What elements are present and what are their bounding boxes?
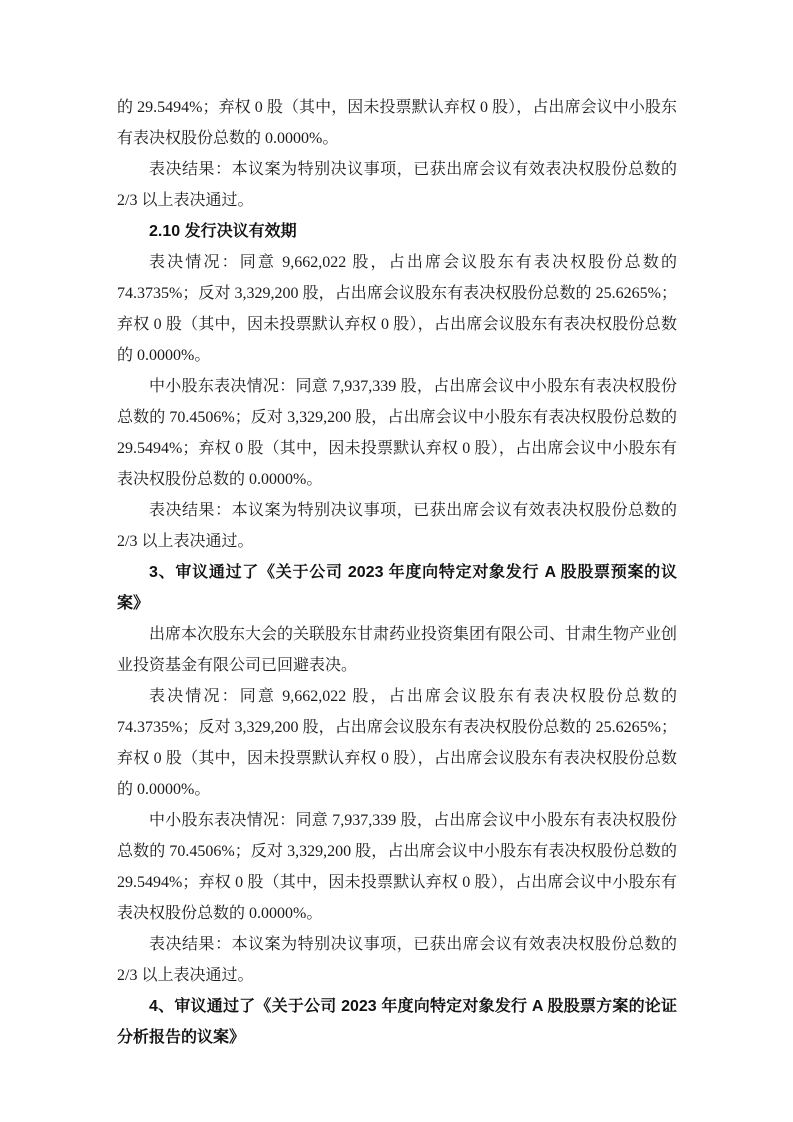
heading-item-3-proposal: 3、审议通过了《关于公司 2023 年度向特定对象发行 A 股股票预案的议案》	[117, 557, 677, 619]
vote-result-paragraph-3: 表决结果：本议案为特别决议事项，已获出席会议有效表决权股份总数的 2/3 以上表…	[117, 929, 677, 991]
vote-result-paragraph-2: 表决结果：本议案为特别决议事项，已获出席会议有效表决权股份总数的 2/3 以上表…	[117, 495, 677, 557]
page-content: 的 29.5494%；弃权 0 股（其中，因未投票默认弃权 0 股），占出席会议…	[117, 92, 677, 1053]
related-shareholder-abstain-paragraph: 出席本次股东大会的关联股东甘肃药业投资集团有限公司、甘肃生物产业创业投资基金有限…	[117, 619, 677, 681]
continued-paragraph-minority-vote: 的 29.5494%；弃权 0 股（其中，因未投票默认弃权 0 股），占出席会议…	[117, 92, 677, 154]
minority-vote-detail-paragraph-1: 中小股东表决情况：同意 7,937,339 股，占出席会议中小股东有表决权股份总…	[117, 371, 677, 495]
vote-detail-paragraph-1: 表决情况：同意 9,662,022 股，占出席会议股东有表决权股份总数的 74.…	[117, 247, 677, 371]
heading-item-4-proposal: 4、审议通过了《关于公司 2023 年度向特定对象发行 A 股股票方案的论证分析…	[117, 991, 677, 1053]
minority-vote-detail-paragraph-2: 中小股东表决情况：同意 7,937,339 股，占出席会议中小股东有表决权股份总…	[117, 805, 677, 929]
vote-detail-paragraph-2: 表决情况：同意 9,662,022 股，占出席会议股东有表决权股份总数的 74.…	[117, 681, 677, 805]
heading-2-10-resolution-validity: 2.10 发行决议有效期	[117, 216, 677, 247]
vote-result-paragraph-1: 表决结果：本议案为特别决议事项，已获出席会议有效表决权股份总数的 2/3 以上表…	[117, 154, 677, 216]
document-page: 的 29.5494%；弃权 0 股（其中，因未投票默认弃权 0 股），占出席会议…	[0, 0, 793, 1122]
